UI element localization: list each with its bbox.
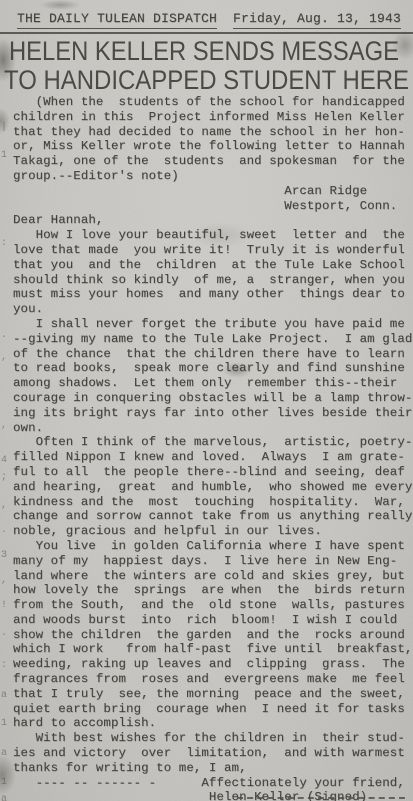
letter-line: change and sorrow cannot take from us an… bbox=[13, 509, 413, 524]
letter-line: ful to all the people there--blind and s… bbox=[13, 465, 413, 480]
headline-line-2: TO HANDICAPPED STUDENT HERE bbox=[4, 65, 409, 93]
letter-line: Often I think of the marvelous, artistic… bbox=[13, 435, 413, 450]
edge-artifact: . bbox=[1, 525, 7, 536]
issue-date: Friday, Aug. 13, 1943 bbox=[233, 11, 401, 29]
letter-line: or, Miss Keller wrote the following lett… bbox=[13, 139, 413, 154]
letter-line: own. bbox=[13, 421, 413, 436]
letter-line: quiet earth bring courage when I need it… bbox=[13, 702, 413, 717]
letter-line: thanks for writing to me, I am, bbox=[13, 761, 413, 776]
ink-smudge bbox=[0, 108, 10, 134]
edge-artifact: 1 bbox=[1, 777, 7, 788]
letter-line: land where the winters are cold and skie… bbox=[13, 569, 413, 584]
letter-line: You live in golden California where I ha… bbox=[13, 539, 413, 554]
letter-line: Arcan Ridge bbox=[13, 184, 413, 199]
letter-line: you. bbox=[13, 302, 413, 317]
headline-line-1: HELEN KELLER SENDS MESSAGE bbox=[9, 36, 399, 66]
letter-line: How I love your beautiful, sweet letter … bbox=[13, 228, 413, 243]
edge-artifact: a bbox=[1, 794, 7, 801]
letter-line: Takagi, one of the students and spokesma… bbox=[13, 154, 413, 169]
letter-line: that they had decided to name the school… bbox=[13, 125, 413, 140]
newspaper-title: THE DAILY TULEAN DISPATCH bbox=[17, 11, 217, 29]
edge-artifact: ; bbox=[1, 472, 7, 483]
letter-line: Dear Hannah, bbox=[13, 213, 413, 228]
letter-line: to read books, speak more clearly and fi… bbox=[13, 361, 413, 376]
edge-artifact: | bbox=[1, 122, 7, 133]
newspaper-clipping: THE DAILY TULEAN DISPATCH Friday, Aug. 1… bbox=[0, 0, 413, 801]
letter-line: of the chance that the children there ha… bbox=[13, 347, 413, 362]
letter-line: kindness and the most touching hospitali… bbox=[13, 495, 413, 510]
letter-line: how lovely the springs are when the bird… bbox=[13, 583, 413, 598]
letter-line: that I truly see, the morning peace and … bbox=[13, 687, 413, 702]
edge-artifact: 1 bbox=[1, 150, 7, 161]
masthead-rule bbox=[0, 32, 413, 34]
letter-line: hard to accomplish. bbox=[13, 716, 413, 731]
edge-artifact: a bbox=[1, 690, 7, 701]
letter-line: filled Nippon I knew and loved. Always I… bbox=[13, 450, 413, 465]
signature-dash-line bbox=[237, 797, 405, 799]
adjacent-column-artifacts: |1:.,,4;,.3,!.:a1a1a bbox=[0, 0, 12, 801]
letter-line: and woods burst into rich bloom! I wish … bbox=[13, 613, 413, 628]
letter-line: Westport, Conn. bbox=[13, 199, 413, 214]
letter-line: With best wishes for the children in the… bbox=[13, 731, 413, 746]
edge-artifact: : bbox=[1, 660, 7, 671]
letter-line: ---- -- ------ - Affectionately your fri… bbox=[13, 776, 413, 791]
letter-line: ing its bright rays far into other lives… bbox=[13, 406, 413, 421]
letter-line: love that made you write it! Truly it is… bbox=[13, 243, 413, 258]
edge-artifact: . bbox=[1, 330, 7, 341]
headline: HELEN KELLER SENDS MESSAGE TO HANDICAPPE… bbox=[0, 35, 413, 93]
letter-line: show the children the garden and the roc… bbox=[13, 628, 413, 643]
letter-line: weeding, raking up leaves and clipping g… bbox=[13, 657, 413, 672]
edge-artifact: 4 bbox=[1, 455, 7, 466]
edge-artifact: 1 bbox=[1, 718, 7, 729]
letter-line: which I work from half-past five until b… bbox=[13, 642, 413, 657]
edge-artifact: . bbox=[1, 628, 7, 639]
letter-line: ies and victory over limitation, and wit… bbox=[13, 746, 413, 761]
edge-artifact: , bbox=[1, 352, 7, 363]
letter-line: must miss your homes and many other thin… bbox=[13, 287, 413, 302]
letter-line: noble, gracious and helpful in our lives… bbox=[13, 524, 413, 539]
letter-line: I shall never forget the tribute you hav… bbox=[13, 317, 413, 332]
letter-line: fragrances from roses and evergreens mak… bbox=[13, 672, 413, 687]
edge-artifact: a bbox=[1, 748, 7, 759]
letter-line: Helen Keller (Signed) bbox=[13, 790, 413, 801]
letter-line: group.--Editor's note) bbox=[13, 169, 413, 184]
letter-line: that you and the children at the Tule La… bbox=[13, 258, 413, 273]
letter-body: (When the students of the school for han… bbox=[13, 95, 413, 801]
letter-line: --giving my name to the Tule Lake Projec… bbox=[13, 332, 413, 347]
letter-line: and hearing, great and humble, who showe… bbox=[13, 480, 413, 495]
letter-line: many of my happiest days. I live here in… bbox=[13, 554, 413, 569]
edge-artifact: , bbox=[1, 575, 7, 586]
edge-artifact: ! bbox=[1, 600, 7, 611]
masthead: THE DAILY TULEAN DISPATCH Friday, Aug. 1… bbox=[0, 0, 413, 29]
letter-line: from the South, and the old stone walls,… bbox=[13, 598, 413, 613]
edge-artifact: 3 bbox=[1, 550, 7, 561]
edge-artifact: : bbox=[1, 238, 7, 249]
letter-line: courage in conquering obstacles will be … bbox=[13, 391, 413, 406]
letter-line: children in this Project informed Miss H… bbox=[13, 110, 413, 125]
edge-artifact: , bbox=[1, 420, 7, 431]
letter-line: should think so kindly of me, a stranger… bbox=[13, 273, 413, 288]
letter-line: among shadows. Let them only remember th… bbox=[13, 376, 413, 391]
letter-line: (When the students of the school for han… bbox=[13, 95, 413, 110]
edge-artifact: , bbox=[1, 500, 7, 511]
